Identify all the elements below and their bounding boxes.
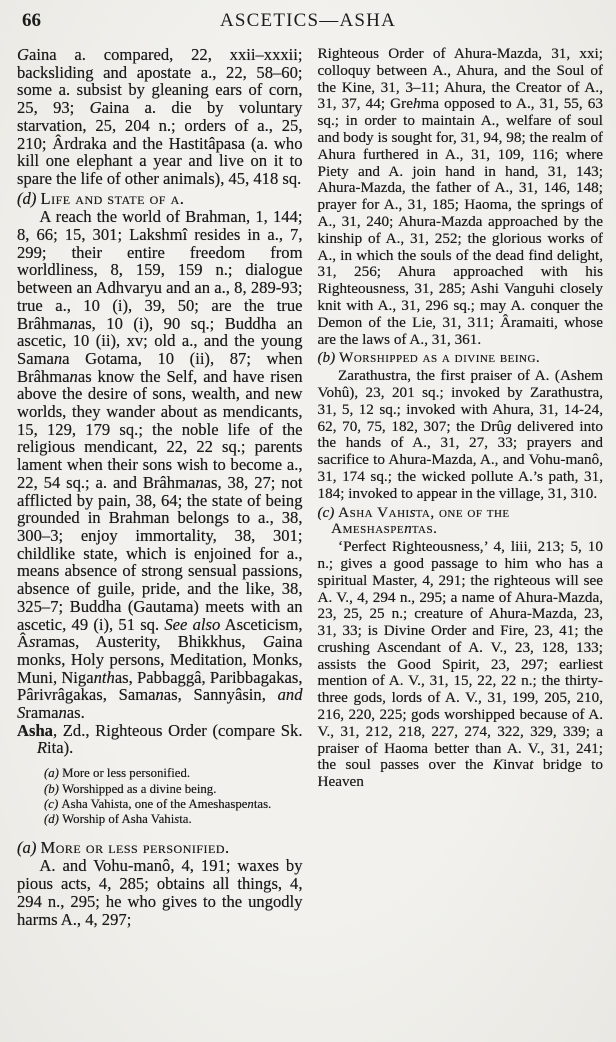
right-column: Righteous Order of Ahura-Mazda, 31, xxi;… — [318, 46, 604, 928]
left-column: Gaina a. compared, 22, xxii–xxxii; backs… — [17, 46, 303, 928]
index-paragraph: A. and Vohu-manô, 4, 191; waxes by pious… — [17, 857, 303, 928]
subdivision-list-item: (a) More or less personified. — [44, 766, 303, 781]
index-paragraph: ‘Perfect Righteousness,’ 4, liii, 213; 5… — [318, 539, 604, 791]
index-paragraph: Zarathustra, the first praiser of A. (As… — [318, 368, 604, 502]
running-title: ASCETICS—ASHA — [0, 10, 616, 32]
subdivision-list-item: (b) Worshipped as a divine being. — [44, 782, 303, 797]
two-column-text: Gaina a. compared, 22, xxii–xxxii; backs… — [0, 36, 616, 928]
index-text-continuation: Gaina a. compared, 22, xxii–xxxii; backs… — [17, 46, 303, 188]
scanned-book-page: 66 ASCETICS—ASHA Gaina a. compared, 22, … — [0, 0, 616, 1042]
section-heading: (a) More or less personified. — [17, 839, 303, 857]
page-header: 66 ASCETICS—ASHA — [0, 10, 616, 36]
section-heading: (d) Life and state of a. — [17, 190, 303, 208]
subdivision-list-item: (d) Worship of Asha Vahista. — [44, 812, 303, 827]
section-heading: (b) Worshipped as a divine being. — [318, 350, 604, 367]
index-text-continuation: Righteous Order of Ahura-Mazda, 31, xxi;… — [318, 46, 604, 348]
section-heading: (c) Asha Vahista, one of the Ameshaspent… — [318, 505, 604, 539]
index-paragraph: A reach the world of Brahman, 1, 144; 8,… — [17, 208, 303, 721]
subdivision-list-item: (c) Asha Vahista, one of the Ameshaspent… — [44, 797, 303, 812]
index-entry: Asha, Zd., Righteous Order (compare Sk. … — [17, 722, 303, 757]
